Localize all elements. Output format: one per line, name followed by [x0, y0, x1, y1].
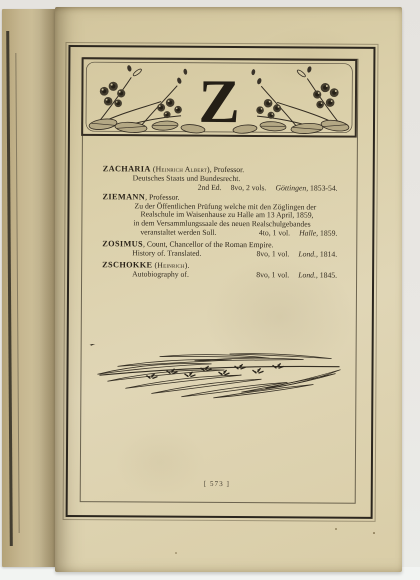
edition: 2nd Ed. — [198, 183, 222, 192]
page-content: Z ZACHARIA (Heinrich Albert), Professor.… — [53, 6, 403, 573]
entry-title-line: veranstaltet werden Soll. — [140, 229, 216, 238]
catalog-entry-zacharia: ZACHARIA (Heinrich Albert), Professor. D… — [82, 165, 356, 193]
publication-line: veranstaltet werden Soll. 4to, 1 vol. Ha… — [81, 228, 355, 238]
place: Halle, — [299, 229, 318, 238]
letter-z-ornament: Z — [81, 57, 357, 138]
entry-title-line: Autobiography of. — [132, 270, 189, 279]
place: Lond., — [298, 270, 318, 279]
entry-surname: ZOSIMUS — [102, 239, 143, 248]
chapter-ornament-band: Z — [81, 57, 357, 138]
entry-forenames: (Heinrich) — [152, 261, 187, 270]
format-volumes: 8vo, 2 vols. — [231, 184, 267, 193]
catalog-entry-zschokke: ZSCHOKKE (Heinrich). Autobiography of. 8… — [81, 261, 355, 280]
botanical-sprig-illustration — [89, 344, 344, 401]
book-page: Z ZACHARIA (Heinrich Albert), Professor.… — [55, 7, 402, 572]
entry-heading-suffix: , Professor. — [210, 165, 244, 174]
date: 1814. — [320, 249, 337, 258]
format-volumes: 8vo, 1 vol. — [256, 250, 289, 259]
date: 1859. — [320, 229, 337, 238]
place: Lond., — [298, 249, 318, 258]
catalog-entry-ziemann: ZIEMANN, Professor. Zu der Öffentlichen … — [81, 193, 355, 239]
entry-surname: ZSCHOKKE — [102, 260, 152, 269]
date: 1845. — [320, 270, 337, 279]
publication-line: History of. Translated. 8vo, 1 vol. Lond… — [81, 249, 355, 259]
drop-cap-letter: Z — [198, 68, 240, 136]
entry-heading-suffix: , Professor. — [145, 192, 179, 201]
facing-page-edge — [2, 9, 56, 567]
place: Göttingen, — [275, 183, 308, 192]
entry-surname: ZACHARIA — [103, 164, 151, 173]
entry-heading-suffix: . — [187, 261, 189, 270]
entry-forenames: (Heinrich Albert) — [151, 165, 210, 174]
publication-line: Autobiography of. 8vo, 1 vol. Lond., 184… — [81, 270, 355, 280]
scanned-book-page: Z ZACHARIA (Heinrich Albert), Professor.… — [0, 0, 420, 580]
format-volumes: 8vo, 1 vol. — [256, 271, 289, 280]
entry-surname: ZIEMANN — [103, 192, 146, 201]
catalog-entries: ZACHARIA (Heinrich Albert), Professor. D… — [81, 165, 356, 280]
catalog-entry-zosimus: ZOSIMUS, Count, Chancellor of the Roman … — [81, 240, 355, 259]
entry-title-line: History of. Translated. — [132, 249, 201, 258]
page-number: [ 573 ] — [80, 479, 354, 489]
format-volumes: 4to, 1 vol. — [259, 229, 290, 238]
date: 1853-54. — [310, 183, 338, 192]
